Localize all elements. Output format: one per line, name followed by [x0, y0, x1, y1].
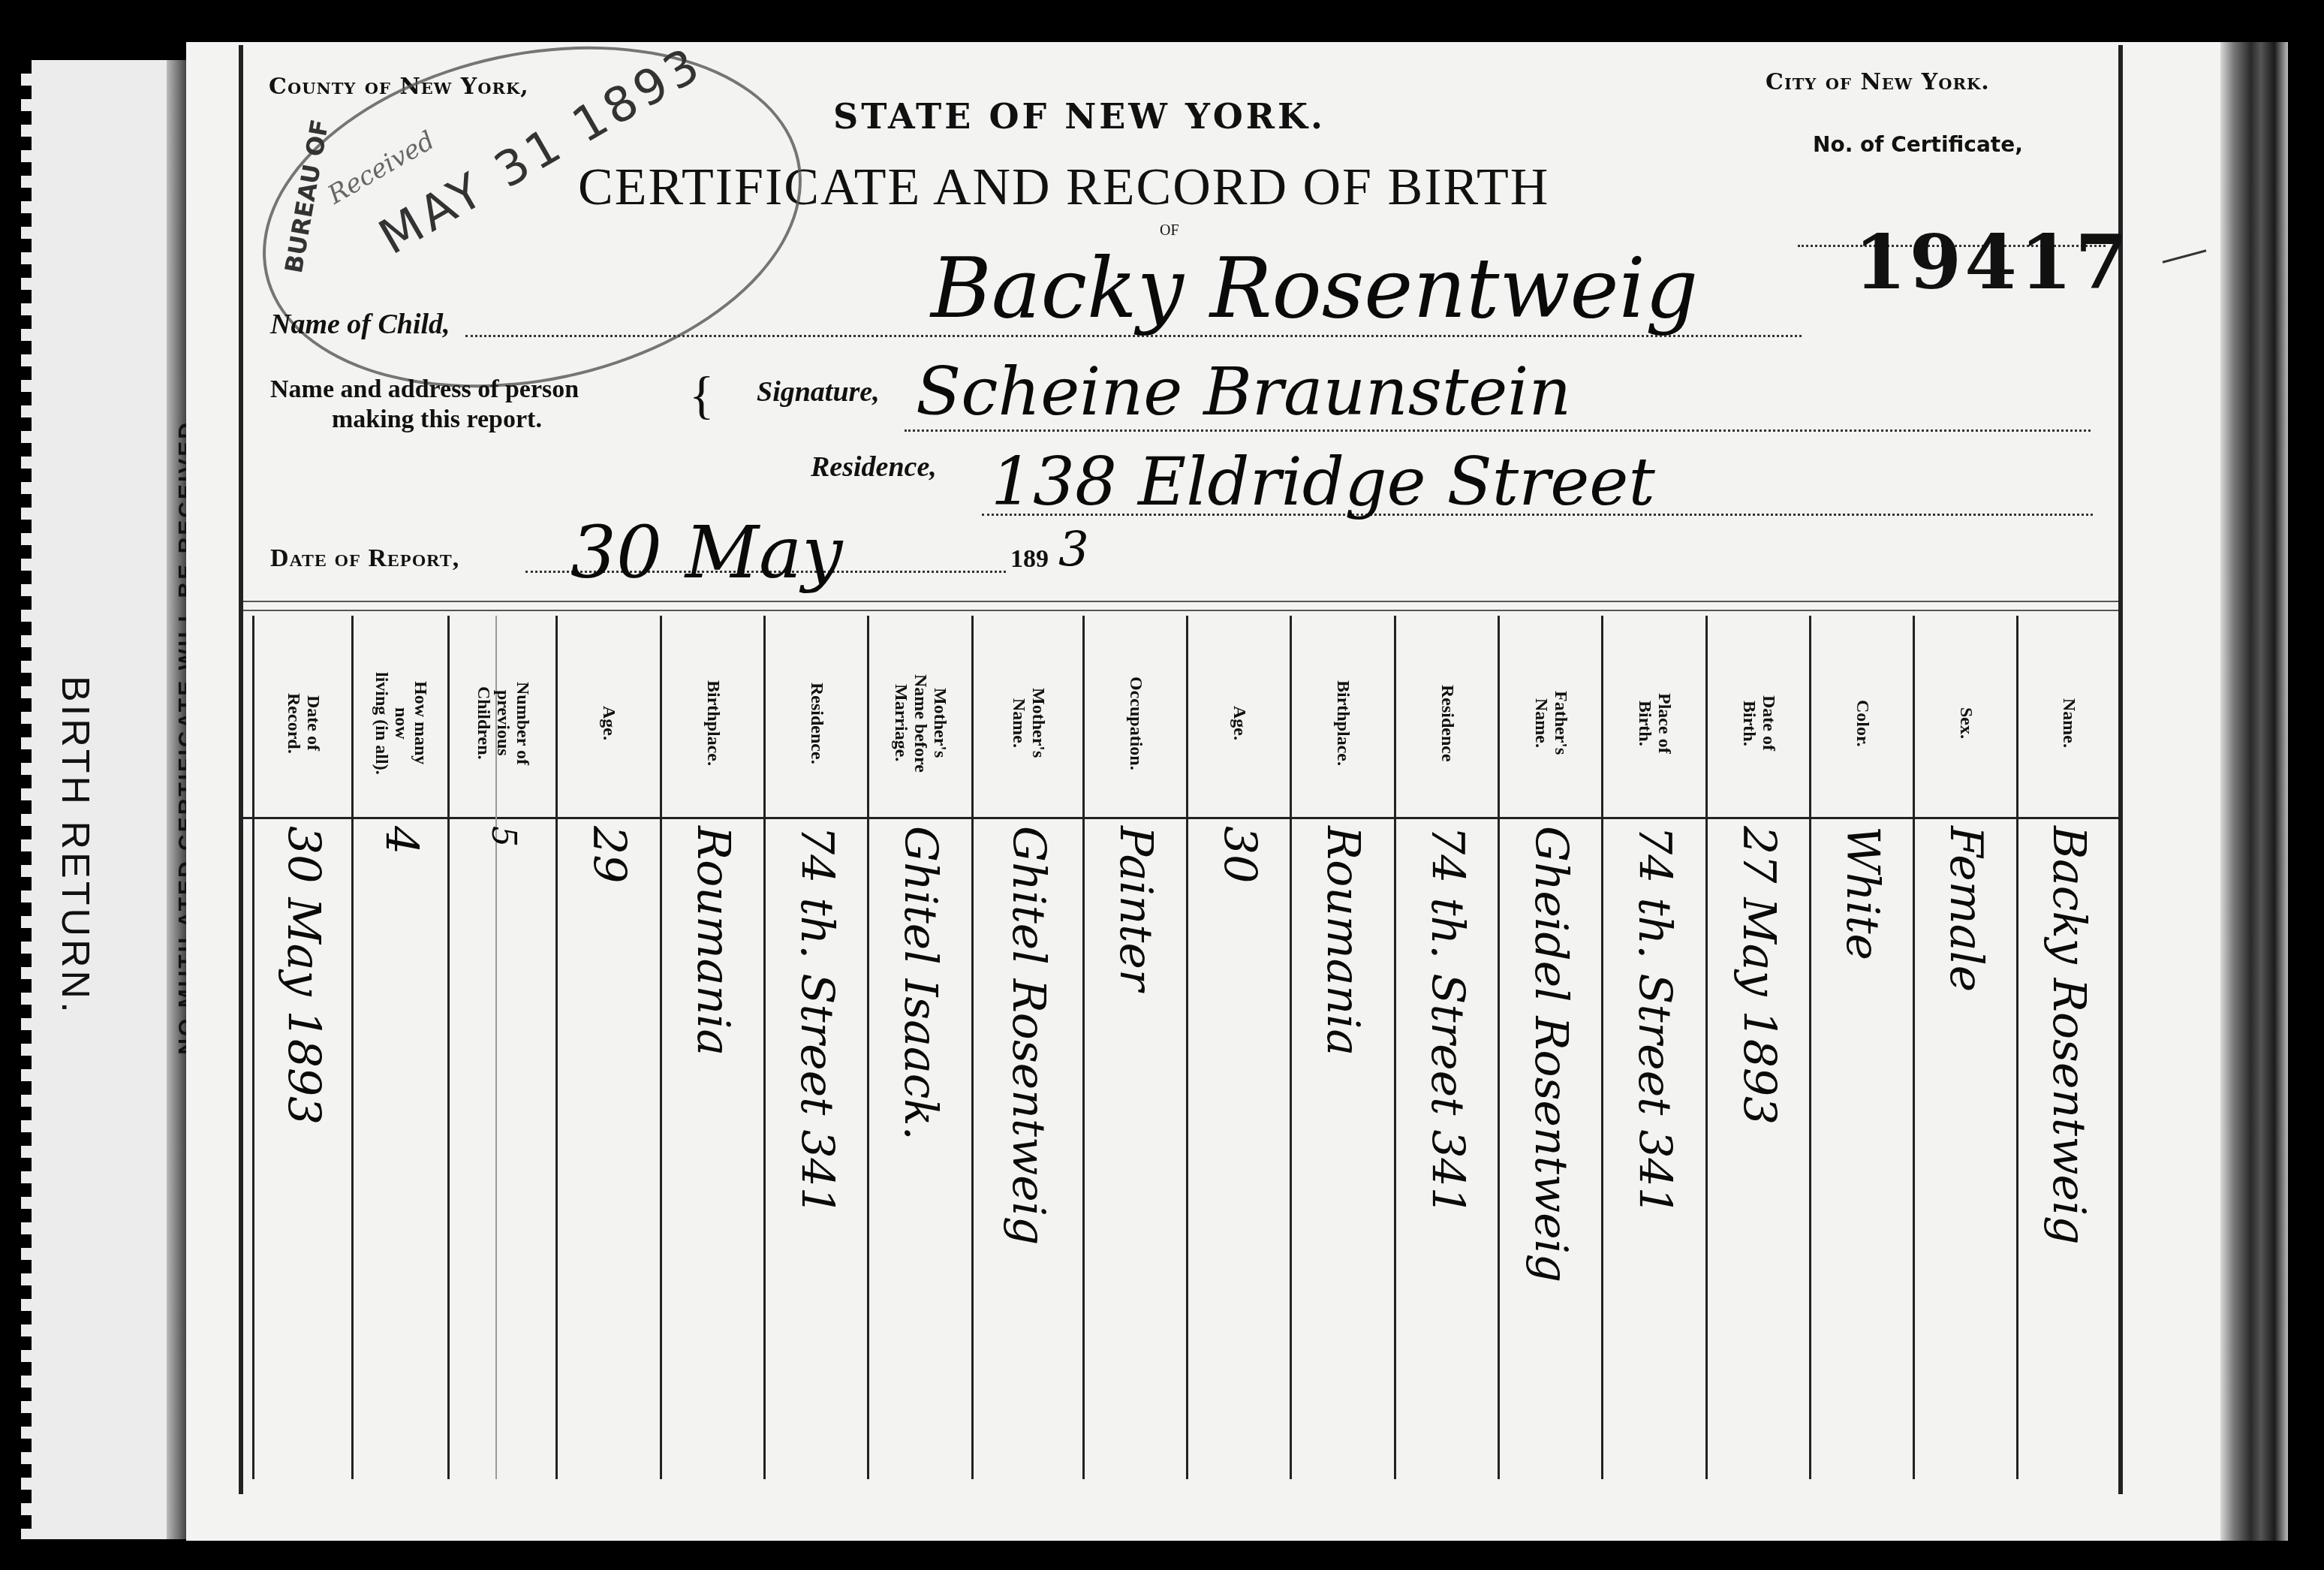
colhead-mother-birthplace: Birthplace.: [662, 629, 763, 817]
state-title: STATE OF NEW YORK.: [833, 96, 1326, 137]
colhead-father-birthplace: Birthplace.: [1292, 629, 1394, 817]
cell-mother-name: Ghitel Rosentweig: [974, 826, 1082, 1472]
certificate-number: 19417: [1854, 218, 2130, 306]
colhead-mother-name: Mother's Name.: [974, 629, 1082, 817]
cell-father-birthplace: Roumania: [1292, 826, 1394, 1472]
date-of-report-year-prefix: 189: [1010, 545, 1049, 574]
date-of-report-year-suffix: 3: [1058, 523, 1089, 578]
colhead-mother-age: Age.: [558, 629, 660, 817]
cell-how-many-living: 4: [354, 826, 447, 1472]
cell-mother-residence: 74 th. Street 341: [766, 826, 867, 1472]
cell-father-residence: 74 th. Street 341: [1396, 826, 1498, 1472]
colhead-name: Name.: [2018, 629, 2118, 817]
cell-sex: Female: [1915, 826, 2016, 1472]
title-of: OF: [1160, 222, 1179, 240]
cell-date-of-record: 30 May 1893: [254, 826, 351, 1472]
birth-return-label: BIRTH RETURN.: [53, 676, 98, 1016]
certificate-number-label: No. of Certificate,: [1813, 132, 2023, 157]
colhead-date-of-record: Date of Record.: [254, 629, 351, 817]
date-of-report-label: Date of Report,: [270, 544, 459, 573]
cell-previous-children: 5: [450, 826, 555, 1472]
cell-mother-age: 29: [558, 826, 660, 1472]
date-of-report-value: 30 May: [570, 511, 842, 595]
signature-label: Signature,: [757, 375, 880, 408]
signature-value: Scheine Braunstein: [916, 353, 1571, 430]
stub-strip: [21, 60, 186, 1539]
name-of-child-value: Backy Rosentweig: [931, 240, 1698, 336]
colhead-place-of-birth: Place of Birth.: [1603, 629, 1705, 817]
residence-value: 138 Eldridge Street: [991, 443, 1655, 520]
book-binding: [2220, 42, 2288, 1541]
cell-color: White: [1811, 826, 1913, 1472]
cell-name: Backy Rosentweig: [2018, 826, 2118, 1472]
reporter-label-line2: making this report.: [332, 405, 542, 434]
table-top-rule: [243, 601, 2118, 602]
perforated-edge: [21, 60, 32, 1539]
left-border: [239, 45, 243, 1494]
colhead-mother-residence: Residence.: [766, 629, 867, 817]
colhead-father-age: Age.: [1188, 629, 1290, 817]
cell-mother-birthplace: Roumania: [662, 826, 763, 1472]
colhead-sex: Sex.: [1915, 629, 2016, 817]
colhead-previous-children: Number of previous Children.: [450, 629, 555, 817]
table-top-rule-2: [243, 610, 2118, 611]
city-label: City of New York.: [1766, 69, 1990, 95]
colhead-how-many-living: How many now living (in all).: [354, 629, 447, 817]
cell-father-age: 30: [1188, 826, 1290, 1472]
name-of-child-label: Name of Child,: [270, 308, 450, 341]
colhead-mother-maiden-name: Mother's Name before Marriage.: [869, 629, 971, 817]
residence-label: Residence,: [811, 451, 937, 484]
colhead-father-name: Father's Name.: [1500, 629, 1601, 817]
reporter-label-line1: Name and address of person: [270, 375, 579, 404]
header-bottom-rule: [243, 817, 2118, 819]
cell-father-name: Gheidel Rosentweig: [1500, 826, 1601, 1472]
cell-mother-maiden-name: Ghitel Isaack.: [869, 826, 971, 1472]
colhead-father-residence: Residence: [1396, 629, 1498, 817]
colhead-date-of-birth: Date of Birth.: [1708, 629, 1809, 817]
colhead-occupation: Occupation.: [1085, 629, 1186, 817]
cell-occupation: Painter: [1085, 826, 1186, 1472]
cell-date-of-birth: 27 May 1893: [1708, 826, 1809, 1472]
brace: {: [689, 366, 715, 426]
colhead-color: Color.: [1811, 629, 1913, 817]
cell-place-of-birth: 74 th. Street 341: [1603, 826, 1705, 1472]
